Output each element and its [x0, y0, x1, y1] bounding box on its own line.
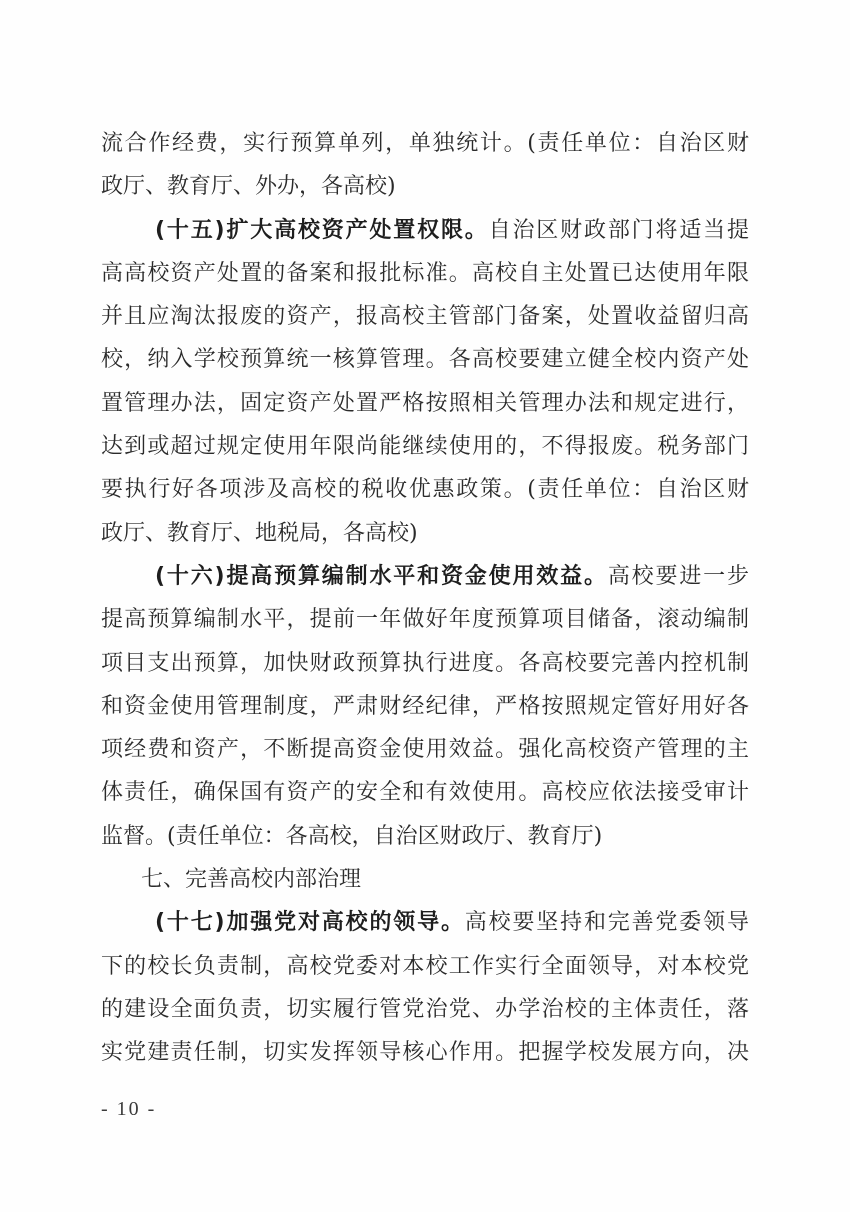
body-text: 高校要坚持和完善党委领导 [465, 910, 749, 935]
body-line: 要执行好各项涉及高校的税收优惠政策。(责任单位：自治区财 [101, 468, 749, 511]
body-line: 政厅、教育厅、外办，各高校) [101, 165, 749, 208]
section-heading-15: (十五)扩大高校资产处置权限。 [155, 218, 489, 243]
document-body: 流合作经费，实行预算单列，单独统计。(责任单位：自治区财 政厅、教育厅、外办，各… [101, 122, 749, 1075]
page-number: - 10 - [101, 1098, 156, 1121]
body-line: 达到或超过规定使用年限尚能继续使用的，不得报废。税务部门 [101, 425, 749, 468]
body-line: 体责任，确保国有资产的安全和有效使用。高校应依法接受审计 [101, 771, 749, 814]
body-line: 置管理办法，固定资产处置严格按照相关管理办法和规定进行， [101, 382, 749, 425]
body-line: 校，纳入学校预算统一核算管理。各高校要建立健全校内资产处 [101, 338, 749, 381]
body-line: 实党建责任制，切实发挥领导核心作用。把握学校发展方向，决 [101, 1031, 749, 1074]
body-line: 流合作经费，实行预算单列，单独统计。(责任单位：自治区财 [101, 122, 749, 165]
body-text: 高校要进一步 [608, 564, 749, 589]
body-line: 项目支出预算，加快财政预算执行进度。各高校要完善内控机制 [101, 642, 749, 685]
body-text: 自治区财政部门将适当提 [489, 218, 749, 243]
body-line: 项经费和资产，不断提高资金使用效益。强化高校资产管理的主 [101, 728, 749, 771]
body-line: 的建设全面负责，切实履行管党治党、办学治校的主体责任，落 [101, 988, 749, 1031]
paragraph-start-15: (十五)扩大高校资产处置权限。自治区财政部门将适当提 [101, 209, 749, 252]
section-heading-17: (十七)加强党对高校的领导。 [155, 910, 465, 935]
paragraph-start-17: (十七)加强党对高校的领导。高校要坚持和完善党委领导 [101, 901, 749, 944]
body-line: 政厅、教育厅、地税局，各高校) [101, 512, 749, 555]
body-line: 并且应淘汰报废的资产，报高校主管部门备案，处置收益留归高 [101, 295, 749, 338]
body-line: 提高预算编制水平，提前一年做好年度预算项目储备，滚动编制 [101, 598, 749, 641]
paragraph-start-16: (十六)提高预算编制水平和资金使用效益。高校要进一步 [101, 555, 749, 598]
section-heading-16: (十六)提高预算编制水平和资金使用效益。 [155, 564, 608, 589]
body-line: 和资金使用管理制度，严肃财经纪律，严格按照规定管好用好各 [101, 685, 749, 728]
body-line: 下的校长负责制，高校党委对本校工作实行全面领导，对本校党 [101, 945, 749, 988]
body-line: 高高校资产处置的备案和报批标准。高校自主处置已达使用年限 [101, 252, 749, 295]
body-line: 监督。(责任单位：各高校，自治区财政厅、教育厅) [101, 815, 749, 858]
chapter-title-7: 七、完善高校内部治理 [101, 858, 749, 901]
document-page: 流合作经费，实行预算单列，单独统计。(责任单位：自治区财 政厅、教育厅、外办，各… [0, 0, 850, 1212]
